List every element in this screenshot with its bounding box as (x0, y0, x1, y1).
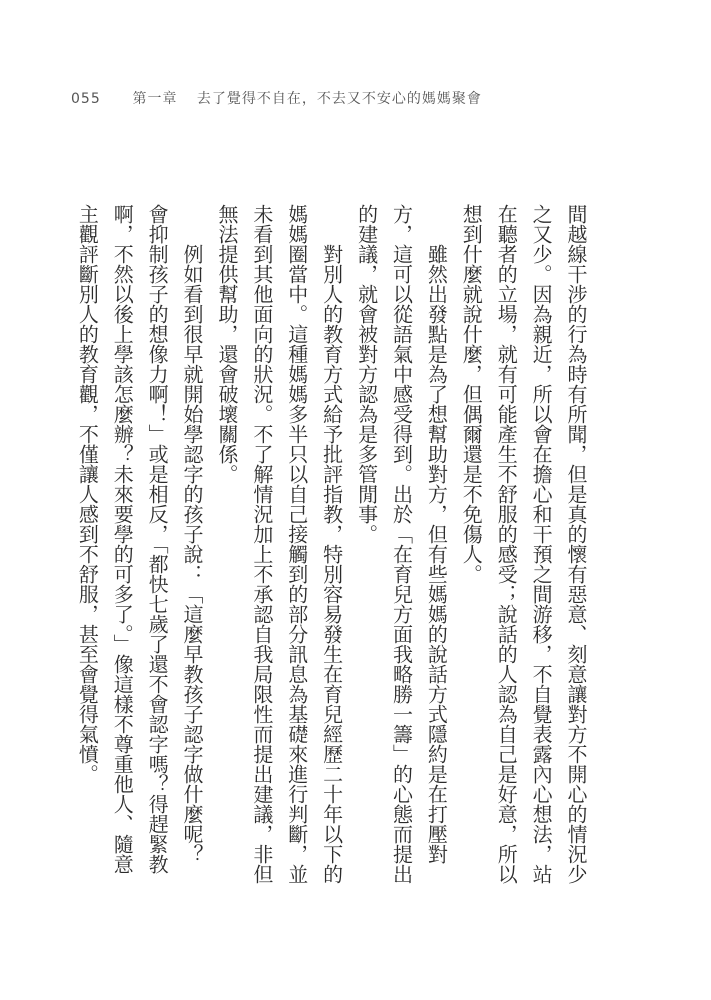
text-column: 主觀評斷別人的教育觀，不僅讓人感到不舒服，甚至會覺得氣憤。 (69, 204, 104, 894)
text-column: 方，這可以從語氣中感受得到。出於「在育兒方面我略勝一籌」的心態而提出 (384, 204, 419, 894)
text-column: 之又少。因為親近，所以會在擔心和干預之間游移，不自覺表露內心想法，站 (523, 204, 558, 894)
text-column: 無法提供幫助，還會破壞關係。 (209, 204, 244, 894)
text-column: 對別人的教育方式給予批評指教，特別容易發生在育兒經歷二十年以下的 (314, 204, 349, 894)
chapter-title: 去了覺得不自在，不去又不安心的媽媽聚會 (197, 91, 482, 107)
page-number: 055 (71, 91, 127, 107)
text-column: 例如看到很早就開始學認字的孩子說：「這麼早教孩子認字做什麼呢？ (174, 204, 209, 894)
text-column: 媽媽圈當中。這種媽媽多半只以自己接觸到的部分訊息為基礎來進行判斷，並 (279, 204, 314, 894)
chapter-label: 第一章 (132, 88, 177, 108)
body-text: 間越線干涉的行為時有所聞，但是真的懷有惡意、刻意讓對方不開心的情況少 之又少。因… (69, 204, 593, 894)
text-column: 未看到其他面向的狀況。不了解情況加上不承認自我局限性而提出建議，非但 (244, 204, 279, 894)
text-column: 會抑制孩子的想像力啊！」或是相反，「都快七歲了還不會認字嗎？得趕緊教 (139, 204, 174, 894)
text-column: 雖然出發點是為了想幫助對方，但有些媽媽的說話方式隱約是在打壓對 (418, 204, 453, 894)
text-column: 間越線干涉的行為時有所聞，但是真的懷有惡意、刻意讓對方不開心的情況少 (558, 204, 593, 894)
running-head: 055 第一章 去了覺得不自在，不去又不安心的媽媽聚會 (71, 88, 482, 108)
text-column: 想到什麼就說什麼，但偶爾還是不免傷人。 (453, 204, 488, 894)
text-column: 啊，不然以後上學該怎麼辦？未來要學的可多了。」像這樣不尊重他人、隨意 (104, 204, 139, 894)
text-column: 在聽者的立場，就有可能產生不舒服的感受；說話的人認為自己是好意，所以 (488, 204, 523, 894)
text-column: 的建議，就會被對方認為是多管閒事。 (349, 204, 384, 894)
